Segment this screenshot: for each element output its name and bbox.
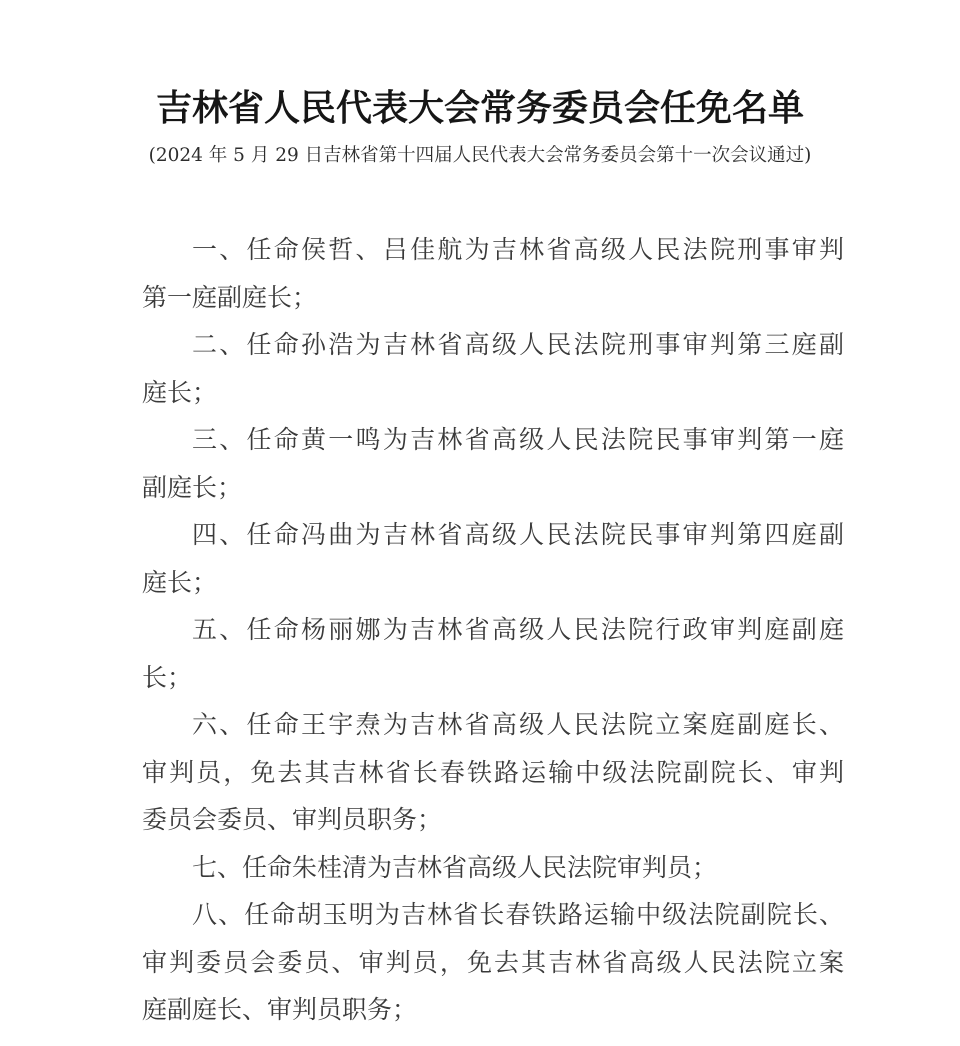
paragraph-line: 六、任命王宇焘为吉林省高级人民法院立案庭副庭长、 xyxy=(142,701,844,749)
document-body: 一、任命侯哲、吕佳航为吉林省高级人民法院刑事审判第一庭副庭长；二、任命孙浩为吉林… xyxy=(142,226,844,1034)
paragraph-line: 第一庭副庭长； xyxy=(142,274,844,322)
paragraph-line: 审判委员会委员、审判员，免去其吉林省高级人民法院立案 xyxy=(142,939,844,987)
paragraph-line: 一、任命侯哲、吕佳航为吉林省高级人民法院刑事审判 xyxy=(142,226,844,274)
paragraph: 五、任命杨丽娜为吉林省高级人民法院行政审判庭副庭长； xyxy=(142,606,844,701)
paragraph-line: 八、任命胡玉明为吉林省长春铁路运输中级法院副院长、 xyxy=(142,891,844,939)
document-subtitle: (2024 年 5 月 29 日吉林省第十四届人民代表大会常务委员会第十一次会议… xyxy=(0,141,960,171)
paragraph-line: 长； xyxy=(142,654,844,702)
paragraph-line: 二、任命孙浩为吉林省高级人民法院刑事审判第三庭副 xyxy=(142,321,844,369)
paragraph-line: 四、任命冯曲为吉林省高级人民法院民事审判第四庭副 xyxy=(142,511,844,559)
paragraph: 七、任命朱桂清为吉林省高级人民法院审判员； xyxy=(142,844,844,892)
paragraph-line: 审判员，免去其吉林省长春铁路运输中级法院副院长、审判 xyxy=(142,749,844,797)
paragraph: 三、任命黄一鸣为吉林省高级人民法院民事审判第一庭副庭长； xyxy=(142,416,844,511)
paragraph: 八、任命胡玉明为吉林省长春铁路运输中级法院副院长、审判委员会委员、审判员，免去其… xyxy=(142,891,844,1034)
paragraph-line: 副庭长； xyxy=(142,464,844,512)
document-title: 吉林省人民代表大会常务委员会任免名单 xyxy=(0,84,960,132)
paragraph-line: 庭副庭长、审判员职务； xyxy=(142,986,844,1034)
paragraph-line: 七、任命朱桂清为吉林省高级人民法院审判员； xyxy=(142,844,844,892)
paragraph-line: 庭长； xyxy=(142,369,844,417)
paragraph-line: 五、任命杨丽娜为吉林省高级人民法院行政审判庭副庭 xyxy=(142,606,844,654)
paragraph-line: 三、任命黄一鸣为吉林省高级人民法院民事审判第一庭 xyxy=(142,416,844,464)
document-page: 吉林省人民代表大会常务委员会任免名单 (2024 年 5 月 29 日吉林省第十… xyxy=(0,0,960,1046)
paragraph-line: 庭长； xyxy=(142,559,844,607)
paragraph-line: 委员会委员、审判员职务； xyxy=(142,796,844,844)
paragraph: 一、任命侯哲、吕佳航为吉林省高级人民法院刑事审判第一庭副庭长； xyxy=(142,226,844,321)
paragraph: 六、任命王宇焘为吉林省高级人民法院立案庭副庭长、审判员，免去其吉林省长春铁路运输… xyxy=(142,701,844,844)
paragraph: 二、任命孙浩为吉林省高级人民法院刑事审判第三庭副庭长； xyxy=(142,321,844,416)
paragraph: 四、任命冯曲为吉林省高级人民法院民事审判第四庭副庭长； xyxy=(142,511,844,606)
